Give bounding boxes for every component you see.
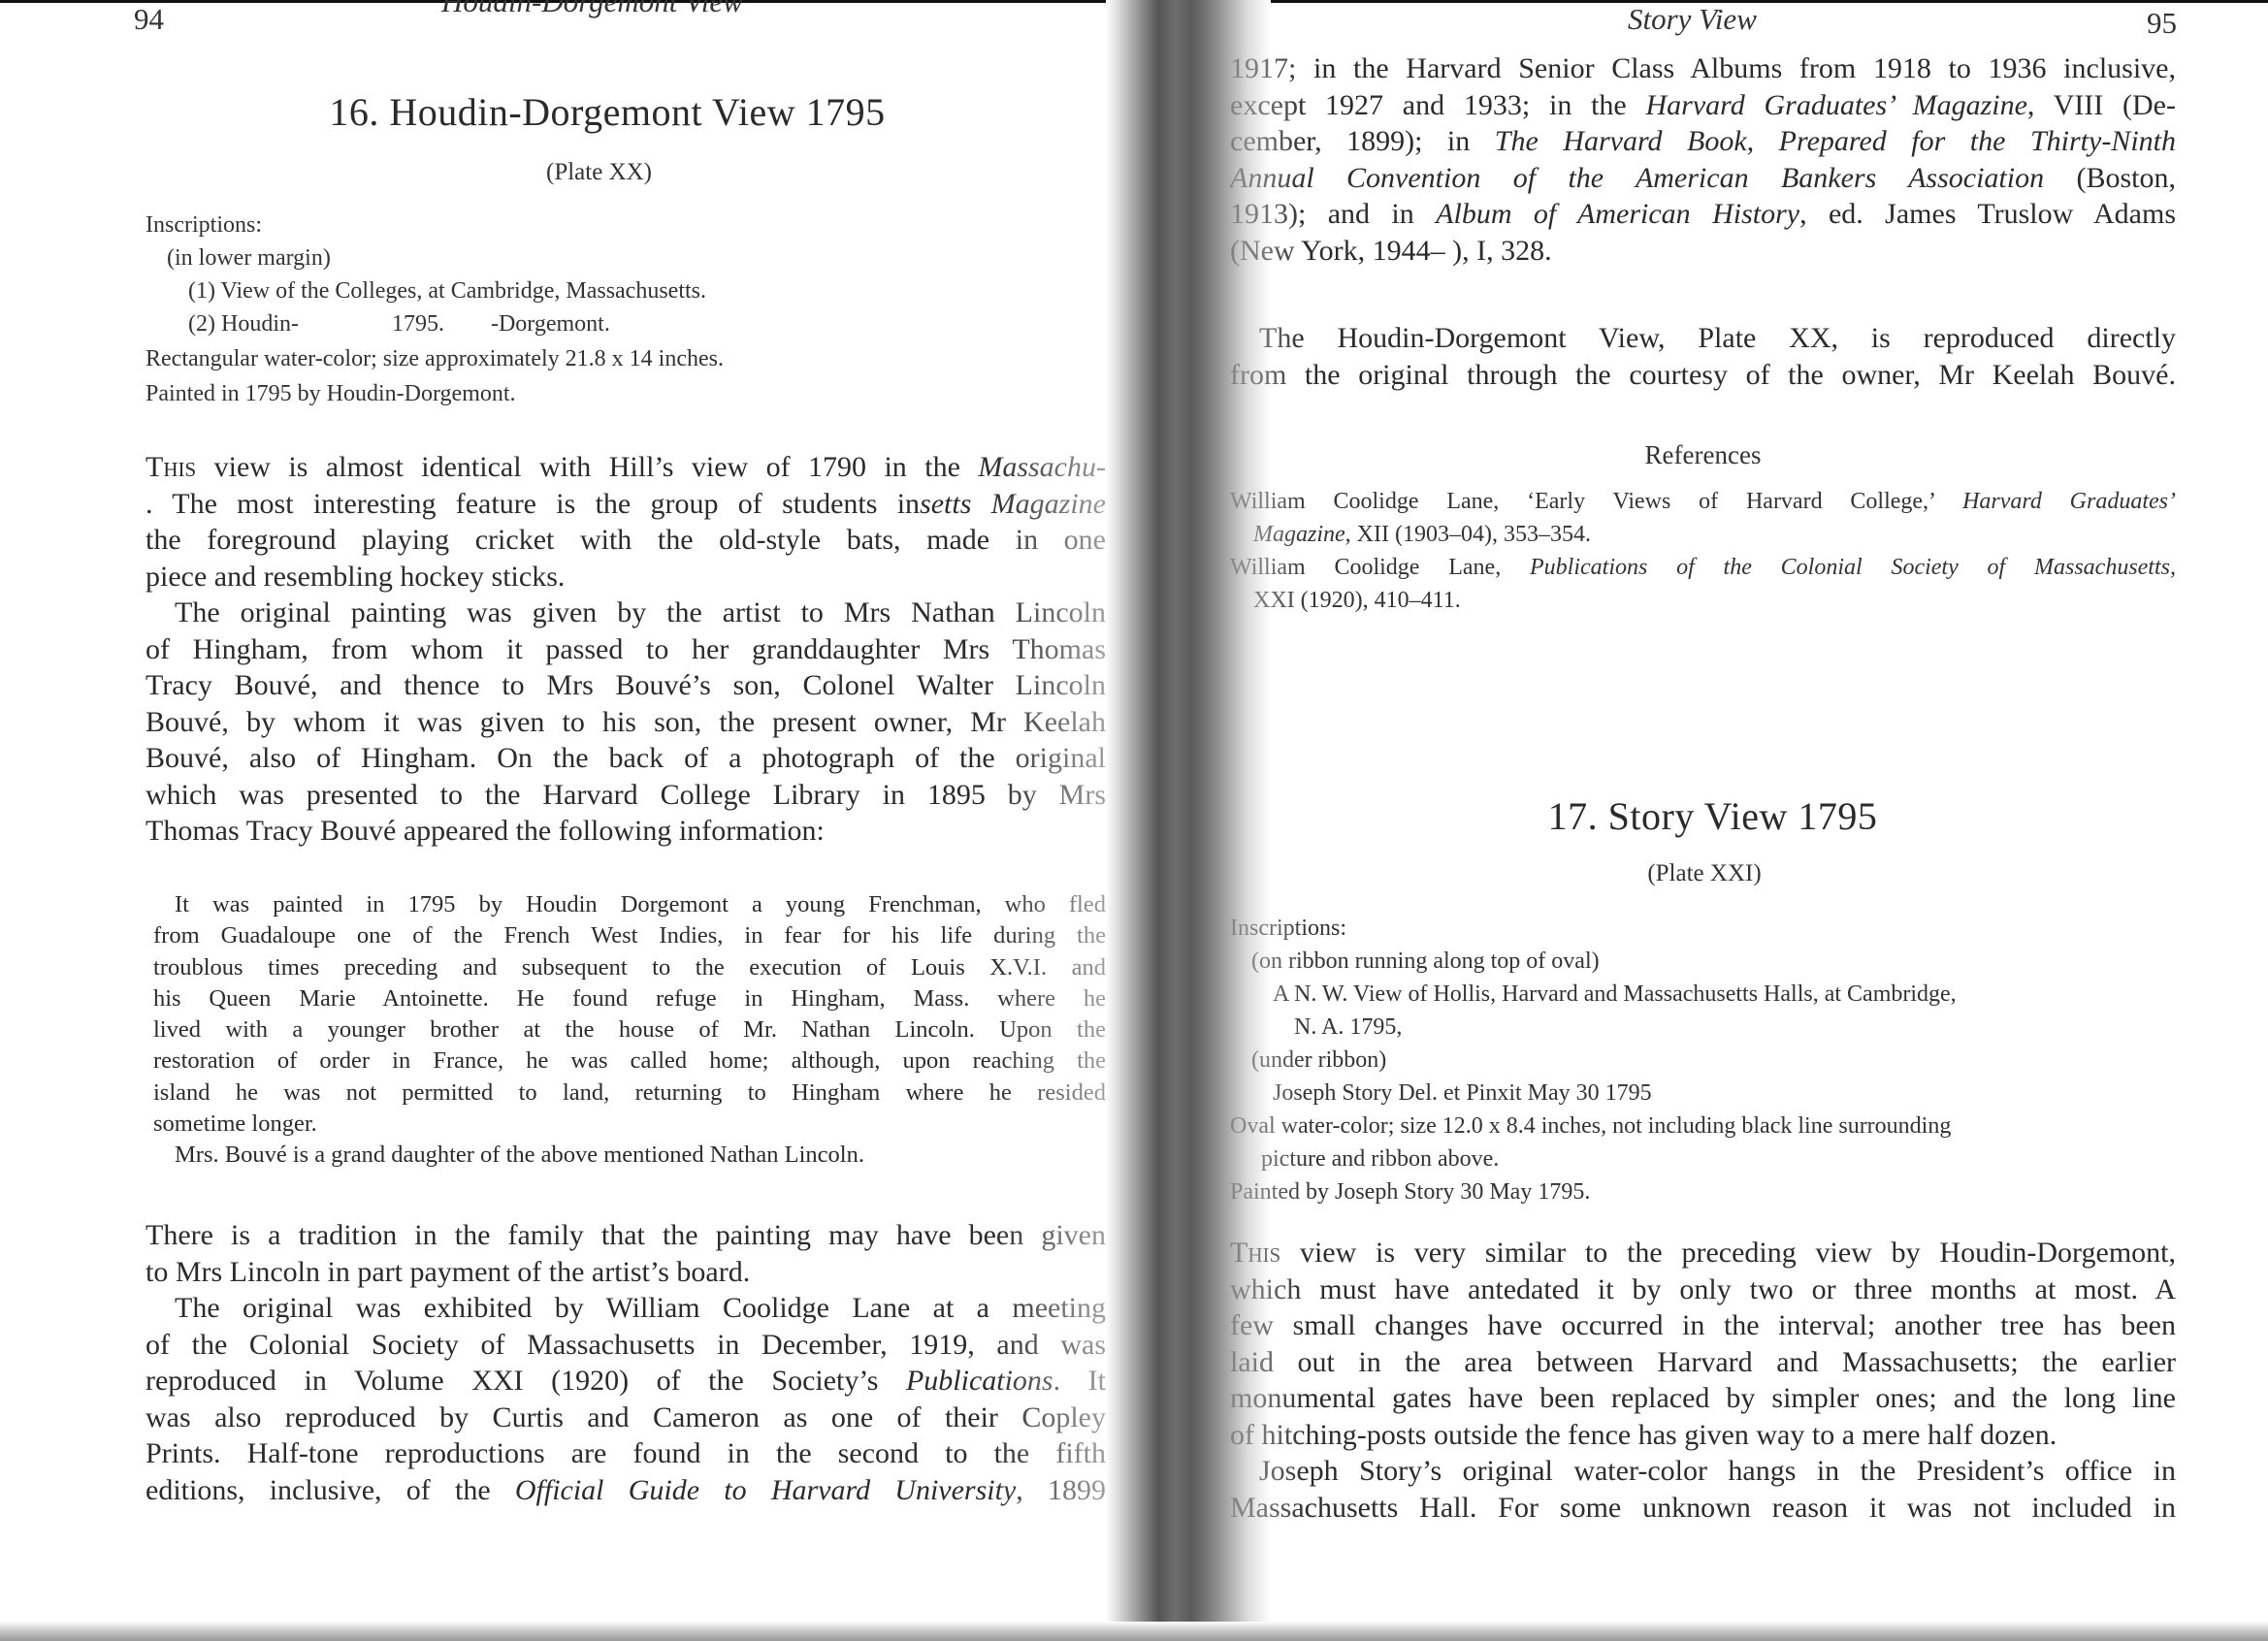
italic-title: Harvard Graduates’ Magazine [1646, 89, 2027, 121]
text-run: It was painted in 1795 by Houdin Dorgemo… [175, 891, 1106, 917]
reference-line: XXI (1920), 410–411. [1230, 584, 2176, 617]
painted-line: Painted in 1795 by Houdin-Dorgemont. [146, 377, 1116, 410]
inscription-line: N. A. 1795, [1230, 1011, 2176, 1044]
text-line: The original painting was given by the a… [146, 595, 1106, 631]
text-run: Bouvé, by whom it was given to his son, … [146, 706, 1106, 738]
italic-title: Annual Convention of the American Banker… [1230, 162, 2044, 194]
text-run: sometime longer. [153, 1110, 317, 1137]
inscriptions-block: Inscriptions: (on ribbon running along t… [1230, 912, 2176, 1208]
text-run: of the Colonial Society of Massachusetts… [146, 1329, 1106, 1361]
text-line: was also reproduced by Curtis and Camero… [146, 1400, 1106, 1436]
text-run: reproduced in Volume XXI (1920) of the S… [146, 1365, 906, 1397]
text-run: lived with a younger brother at the hous… [153, 1016, 1106, 1043]
page-number: 95 [2147, 6, 2177, 41]
body-text-2: There is a tradition in the family that … [146, 1217, 1106, 1508]
body-text-1: This view is almost identical with Hill’… [146, 449, 1106, 850]
italic-title: Official Guide to Harvard University [515, 1474, 1016, 1506]
page-number: 94 [134, 2, 164, 37]
inscriptions-block: Inscriptions: (in lower margin)(1) View … [146, 209, 1116, 410]
text-run: from Guadaloupe one of the French West I… [153, 922, 1106, 949]
reference-item: William Coolidge Lane, Publications of t… [1230, 551, 2176, 617]
text-run: Massachusetts Hall. For some unknown rea… [1230, 1492, 2176, 1524]
text-line: of the Colonial Society of Massachusetts… [146, 1327, 1106, 1364]
inscription-line: Joseph Story Del. et Pinxit May 30 1795 [1230, 1077, 2176, 1110]
text-run: of hitching-posts outside the fence has … [1230, 1419, 2057, 1451]
text-run: (New York, 1944– ), I, 328. [1230, 235, 1552, 267]
text-run: troublous times preceding and subsequent… [153, 954, 1106, 981]
body-text: This view is very similar to the precedi… [1230, 1235, 2176, 1526]
text-run: 1913); and in [1230, 198, 1436, 230]
text-line: of Hingham, from whom it passed to her g… [146, 631, 1106, 668]
text-run: 1917; in the Harvard Senior Class Albums… [1230, 52, 2176, 84]
text-line: Tracy Bouvé, and thence to Mrs Bouvé’s s… [146, 667, 1106, 704]
text-run: except 1927 and 1933; in the [1230, 89, 1646, 121]
text-line: to Mrs Lincoln in part payment of the ar… [146, 1254, 1106, 1291]
inscription-line: picture and ribbon above. [1230, 1142, 2176, 1175]
text-run: few small changes have occurred in the i… [1230, 1309, 2176, 1341]
text-line: This view is very similar to the precedi… [1230, 1235, 2176, 1271]
text-run: There is a tradition in the family that … [146, 1219, 1106, 1251]
inscriptions-list: (in lower margin)(1) View of the College… [146, 241, 1116, 340]
continuation-text: 1917; in the Harvard Senior Class Albums… [1230, 50, 2176, 269]
text-run: which was presented to the Harvard Colle… [146, 779, 1106, 811]
references-list: William Coolidge Lane, ‘Early Views of H… [1230, 485, 2176, 617]
italic-title: setts Magazine [920, 488, 1106, 520]
text-run: which must have antedated it by only two… [1230, 1273, 2176, 1305]
section-title: 17. Story View 1795 [1230, 793, 2195, 839]
scan-bottom-edge [0, 1622, 2268, 1641]
painted-line: Painted by Joseph Story 30 May 1795. [1230, 1175, 2176, 1208]
text-line: piece and resembling hockey sticks. [146, 559, 1106, 595]
text-line: The Houdin-Dorgemont View, Plate XX, is … [1230, 320, 2176, 357]
text-line: It was painted in 1795 by Houdin Dorgemo… [153, 889, 1106, 920]
inscription-line: (2) Houdin- 1795. -Dorgemont. [146, 307, 1116, 340]
plate-label: (Plate XXI) [1230, 860, 2179, 887]
text-run: editions, inclusive, of the [146, 1474, 515, 1506]
text-run: The original painting was given by the a… [175, 596, 1106, 628]
text-line: from the original through the courtesy o… [1230, 357, 2176, 394]
text-line: Bouvé, also of Hingham. On the back of a… [146, 740, 1106, 777]
text-line: 1917; in the Harvard Senior Class Albums… [1230, 50, 2176, 87]
reference-line: William Coolidge Lane, Publications of t… [1230, 551, 2176, 584]
text-line: Mrs. Bouvé is a grand daughter of the ab… [153, 1140, 1106, 1171]
italic-title: Publications [906, 1365, 1053, 1397]
text-run: . The most interesting feature is the gr… [146, 488, 920, 520]
references-heading: References [1230, 438, 2176, 471]
italic-title: Massachu- [978, 451, 1106, 483]
running-head: Houdin-Dorgemont View [441, 0, 743, 19]
inscriptions-list: (on ribbon running along top of oval)A N… [1230, 945, 2176, 1110]
italic-title: Harvard Graduates’ [1962, 489, 2176, 514]
text-line: editions, inclusive, of the Official Gui… [146, 1472, 1106, 1509]
text-line: the foreground playing cricket with the … [146, 522, 1106, 559]
text-run: cember, 1899); in [1230, 125, 1495, 157]
running-head: Story View [1628, 2, 1757, 37]
text-line: Massachusetts Hall. For some unknown rea… [1230, 1490, 2176, 1527]
quoted-information: It was painted in 1795 by Houdin Dorgemo… [153, 889, 1106, 1172]
text-run: Joseph Story’s original water-color hang… [1259, 1455, 2176, 1487]
text-run: Prints. Half-tone reproductions are foun… [146, 1437, 1106, 1469]
text-line: troublous times preceding and subsequent… [153, 952, 1106, 983]
text-line: laid out in the area between Harvard and… [1230, 1344, 2176, 1381]
text-line: except 1927 and 1933; in the Harvard Gra… [1230, 87, 2176, 124]
small-caps-lead: This [146, 451, 196, 483]
text-line: Annual Convention of the American Banker… [1230, 160, 2176, 197]
text-line: This view is almost identical with Hill’… [146, 449, 1106, 486]
small-caps-lead: This [1230, 1237, 1280, 1269]
italic-title: Magazine [1253, 522, 1345, 547]
text-line: which must have antedated it by only two… [1230, 1271, 2176, 1308]
reference-item: William Coolidge Lane, ‘Early Views of H… [1230, 485, 2176, 551]
text-run: Mrs. Bouvé is a grand daughter of the ab… [175, 1142, 864, 1168]
text-run: his Queen Marie Antoinette. He found ref… [153, 985, 1106, 1012]
text-run: The original was exhibited by William Co… [175, 1292, 1106, 1324]
text-line: (New York, 1944– ), I, 328. [1230, 233, 2176, 270]
text-run: Thomas Tracy Bouvé appeared the followin… [146, 815, 825, 847]
italic-title: Publications of the Colonial Society of … [1530, 555, 2176, 580]
text-line: few small changes have occurred in the i… [1230, 1307, 2176, 1344]
reproduction-note: The Houdin-Dorgemont View, Plate XX, is … [1230, 320, 2176, 393]
reference-line: William Coolidge Lane, ‘Early Views of H… [1230, 485, 2176, 518]
text-line: his Queen Marie Antoinette. He found ref… [153, 983, 1106, 1014]
inscription-line: (under ribbon) [1230, 1044, 2176, 1077]
text-line: island he was not permitted to land, ret… [153, 1078, 1106, 1109]
text-run: view is very similar to the preceding vi… [1280, 1237, 2176, 1269]
text-run: monumental gates have been replaced by s… [1230, 1382, 2176, 1414]
text-line: There is a tradition in the family that … [146, 1217, 1106, 1254]
text-run: the foreground playing cricket with the … [146, 524, 1106, 556]
text-line: sometime longer. [153, 1109, 1106, 1140]
italic-title: Album of American History [1436, 198, 1799, 230]
plate-label: (Plate XX) [146, 159, 1053, 186]
text-run: restoration of order in France, he was c… [153, 1047, 1106, 1074]
text-run: piece and resembling hockey sticks. [146, 561, 565, 593]
description: Oval water-color; size 12.0 x 8.4 inches… [1230, 1110, 2176, 1175]
text-line: of hitching-posts outside the fence has … [1230, 1417, 2176, 1454]
text-run: Tracy Bouvé, and thence to Mrs Bouvé’s s… [146, 669, 1106, 701]
text-run: island he was not permitted to land, ret… [153, 1079, 1106, 1106]
text-line: Prints. Half-tone reproductions are foun… [146, 1435, 1106, 1472]
text-line: reproduced in Volume XXI (1920) of the S… [146, 1363, 1106, 1400]
italic-title: The Harvard Book, Prepared for the Thirt… [1495, 125, 2176, 157]
text-line: restoration of order in France, he was c… [153, 1046, 1106, 1077]
inscription-line: (in lower margin) [146, 241, 1116, 274]
inscription-line: (on ribbon running along top of oval) [1230, 945, 2176, 978]
text-line: which was presented to the Harvard Colle… [146, 777, 1106, 814]
text-run: Bouvé, also of Hingham. On the back of a… [146, 742, 1106, 774]
text-line: monumental gates have been replaced by s… [1230, 1380, 2176, 1417]
text-line: 1913); and in Album of American History,… [1230, 196, 2176, 233]
text-line: cember, 1899); in The Harvard Book, Prep… [1230, 123, 2176, 160]
text-run: view is almost identical with Hill’s vie… [196, 451, 978, 483]
section-title: 16. Houdin-Dorgemont View 1795 [146, 89, 1069, 135]
text-run: laid out in the area between Harvard and… [1230, 1346, 2176, 1378]
reference-line: Magazine, XII (1903–04), 353–354. [1230, 518, 2176, 551]
description: Rectangular water-color; size approximat… [146, 342, 1116, 375]
text-run: from the original through the courtesy o… [1230, 359, 2176, 391]
text-line: from Guadaloupe one of the French West I… [153, 920, 1106, 951]
inscription-line: (1) View of the Colleges, at Cambridge, … [146, 274, 1116, 307]
inscription-line: Oval water-color; size 12.0 x 8.4 inches… [1230, 1110, 2176, 1142]
text-line: Bouvé, by whom it was given to his son, … [146, 704, 1106, 741]
text-line: Thomas Tracy Bouvé appeared the followin… [146, 813, 1106, 850]
text-run: The Houdin-Dorgemont View, Plate XX, is … [1259, 322, 2176, 354]
inscription-line: A N. W. View of Hollis, Harvard and Mass… [1230, 978, 2176, 1011]
text-run: to Mrs Lincoln in part payment of the ar… [146, 1256, 750, 1288]
text-line: Joseph Story’s original water-color hang… [1230, 1453, 2176, 1490]
text-line: The original was exhibited by William Co… [146, 1290, 1106, 1327]
inscriptions-label: Inscriptions: [1230, 912, 2176, 945]
text-run: of Hingham, from whom it passed to her g… [146, 633, 1106, 665]
text-line: . The most interesting feature is the gr… [146, 486, 1106, 523]
inscriptions-label: Inscriptions: [146, 209, 1116, 241]
text-run: was also reproduced by Curtis and Camero… [146, 1401, 1106, 1433]
text-line: lived with a younger brother at the hous… [153, 1014, 1106, 1046]
